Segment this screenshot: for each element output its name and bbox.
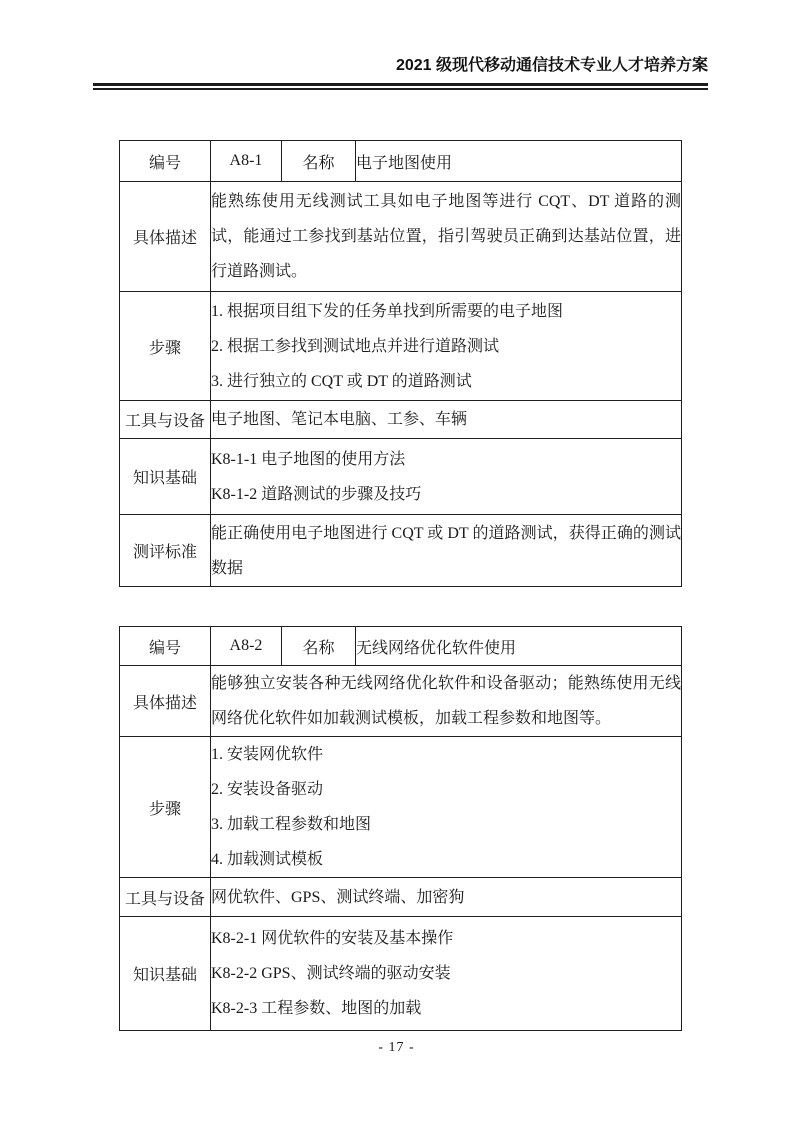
row-label: 步骤 <box>120 292 211 401</box>
content-line: K8-1-1 电子地图的使用方法 <box>211 442 681 477</box>
table-row-id: 编号 A8-1 名称 电子地图使用 <box>120 141 682 182</box>
header-title: 2021 级现代移动通信技术专业人才培养方案 <box>93 56 708 76</box>
header-rule-thin <box>93 88 708 90</box>
table-row-knowledge: 知识基础 K8-1-1 电子地图的使用方法 K8-1-2 道路测试的步骤及技巧 <box>120 439 682 515</box>
row-label: 知识基础 <box>120 917 211 1031</box>
row-label: 工具与设备 <box>120 401 211 439</box>
row-content: 能熟练使用无线测试工具如电子地图等进行 CQT、DT 道路的测试，能通过工参找到… <box>211 182 682 292</box>
row-label: 测评标准 <box>120 515 211 587</box>
content-line: K8-2-1 网优软件的安装及基本操作 <box>211 921 681 956</box>
table-row-tools: 工具与设备 电子地图、笔记本电脑、工参、车辆 <box>120 401 682 439</box>
row-content: 能正确使用电子地图进行 CQT 或 DT 的道路测试，获得正确的测试数据 <box>211 515 682 587</box>
table-row-tools: 工具与设备 网优软件、GPS、测试终端、加密狗 <box>120 878 682 917</box>
skill-table-a8-1: 编号 A8-1 名称 电子地图使用 具体描述 能熟练使用无线测试工具如电子地图等… <box>119 140 682 587</box>
content-line: 能够独立安装各种无线网络优化软件和设备驱动；能熟练使用无线网络优化软件如加载测试… <box>211 666 681 736</box>
table-row-steps: 步骤 1. 安装网优软件 2. 安装设备驱动 3. 加载工程参数和地图 4. 加… <box>120 737 682 878</box>
table-row-description: 具体描述 能够独立安装各种无线网络优化软件和设备驱动；能熟练使用无线网络优化软件… <box>120 666 682 737</box>
content-line: 4. 加载测试模板 <box>211 842 681 877</box>
table-row-id: 编号 A8-2 名称 无线网络优化软件使用 <box>120 627 682 666</box>
id-value: A8-2 <box>211 627 282 666</box>
id-label: 编号 <box>120 141 211 182</box>
content-line: 1. 根据项目组下发的任务单找到所需要的电子地图 <box>211 294 681 329</box>
content-line: K8-2-3 工程参数、地图的加载 <box>211 991 681 1026</box>
row-label: 具体描述 <box>120 182 211 292</box>
content-line: 3. 进行独立的 CQT 或 DT 的道路测试 <box>211 364 681 399</box>
header-double-rule <box>93 83 708 90</box>
row-content: K8-2-1 网优软件的安装及基本操作 K8-2-2 GPS、测试终端的驱动安装… <box>211 917 682 1031</box>
table-row-description: 具体描述 能熟练使用无线测试工具如电子地图等进行 CQT、DT 道路的测试，能通… <box>120 182 682 292</box>
content-line: 能正确使用电子地图进行 CQT 或 DT 的道路测试，获得正确的测试数据 <box>211 516 681 586</box>
table-row-knowledge: 知识基础 K8-2-1 网优软件的安装及基本操作 K8-2-2 GPS、测试终端… <box>120 917 682 1031</box>
content-line: 1. 安装网优软件 <box>211 737 681 772</box>
content-line: 2. 根据工参找到测试地点并进行道路测试 <box>211 329 681 364</box>
row-label: 步骤 <box>120 737 211 878</box>
table-row-steps: 步骤 1. 根据项目组下发的任务单找到所需要的电子地图 2. 根据工参找到测试地… <box>120 292 682 401</box>
content-line: 网优软件、GPS、测试终端、加密狗 <box>211 880 681 915</box>
name-label: 名称 <box>282 627 356 666</box>
row-label: 知识基础 <box>120 439 211 515</box>
row-label: 工具与设备 <box>120 878 211 917</box>
name-value: 无线网络优化软件使用 <box>356 627 682 666</box>
content-line: 电子地图、笔记本电脑、工参、车辆 <box>211 402 681 437</box>
id-value: A8-1 <box>211 141 282 182</box>
content-line: 能熟练使用无线测试工具如电子地图等进行 CQT、DT 道路的测试，能通过工参找到… <box>211 184 681 289</box>
header-rule-thick <box>93 83 708 86</box>
content-line: K8-1-2 道路测试的步骤及技巧 <box>211 477 681 512</box>
content-line: 2. 安装设备驱动 <box>211 772 681 807</box>
row-content: K8-1-1 电子地图的使用方法 K8-1-2 道路测试的步骤及技巧 <box>211 439 682 515</box>
row-content: 网优软件、GPS、测试终端、加密狗 <box>211 878 682 917</box>
name-value: 电子地图使用 <box>356 141 682 182</box>
row-content: 电子地图、笔记本电脑、工参、车辆 <box>211 401 682 439</box>
row-content: 1. 根据项目组下发的任务单找到所需要的电子地图 2. 根据工参找到测试地点并进… <box>211 292 682 401</box>
content-line: 3. 加载工程参数和地图 <box>211 807 681 842</box>
id-label: 编号 <box>120 627 211 666</box>
page-header: 2021 级现代移动通信技术专业人才培养方案 <box>93 56 708 90</box>
row-content: 1. 安装网优软件 2. 安装设备驱动 3. 加载工程参数和地图 4. 加载测试… <box>211 737 682 878</box>
row-content: 能够独立安装各种无线网络优化软件和设备驱动；能熟练使用无线网络优化软件如加载测试… <box>211 666 682 737</box>
footer-page-number: - 17 - <box>0 1040 793 1056</box>
content-line: K8-2-2 GPS、测试终端的驱动安装 <box>211 956 681 991</box>
skill-table-a8-2: 编号 A8-2 名称 无线网络优化软件使用 具体描述 能够独立安装各种无线网络优… <box>119 626 682 1031</box>
table-row-evaluation: 测评标准 能正确使用电子地图进行 CQT 或 DT 的道路测试，获得正确的测试数… <box>120 515 682 587</box>
row-label: 具体描述 <box>120 666 211 737</box>
name-label: 名称 <box>282 141 356 182</box>
document-page: 2021 级现代移动通信技术专业人才培养方案 编号 A8-1 名称 电子地图使用… <box>0 0 793 1122</box>
